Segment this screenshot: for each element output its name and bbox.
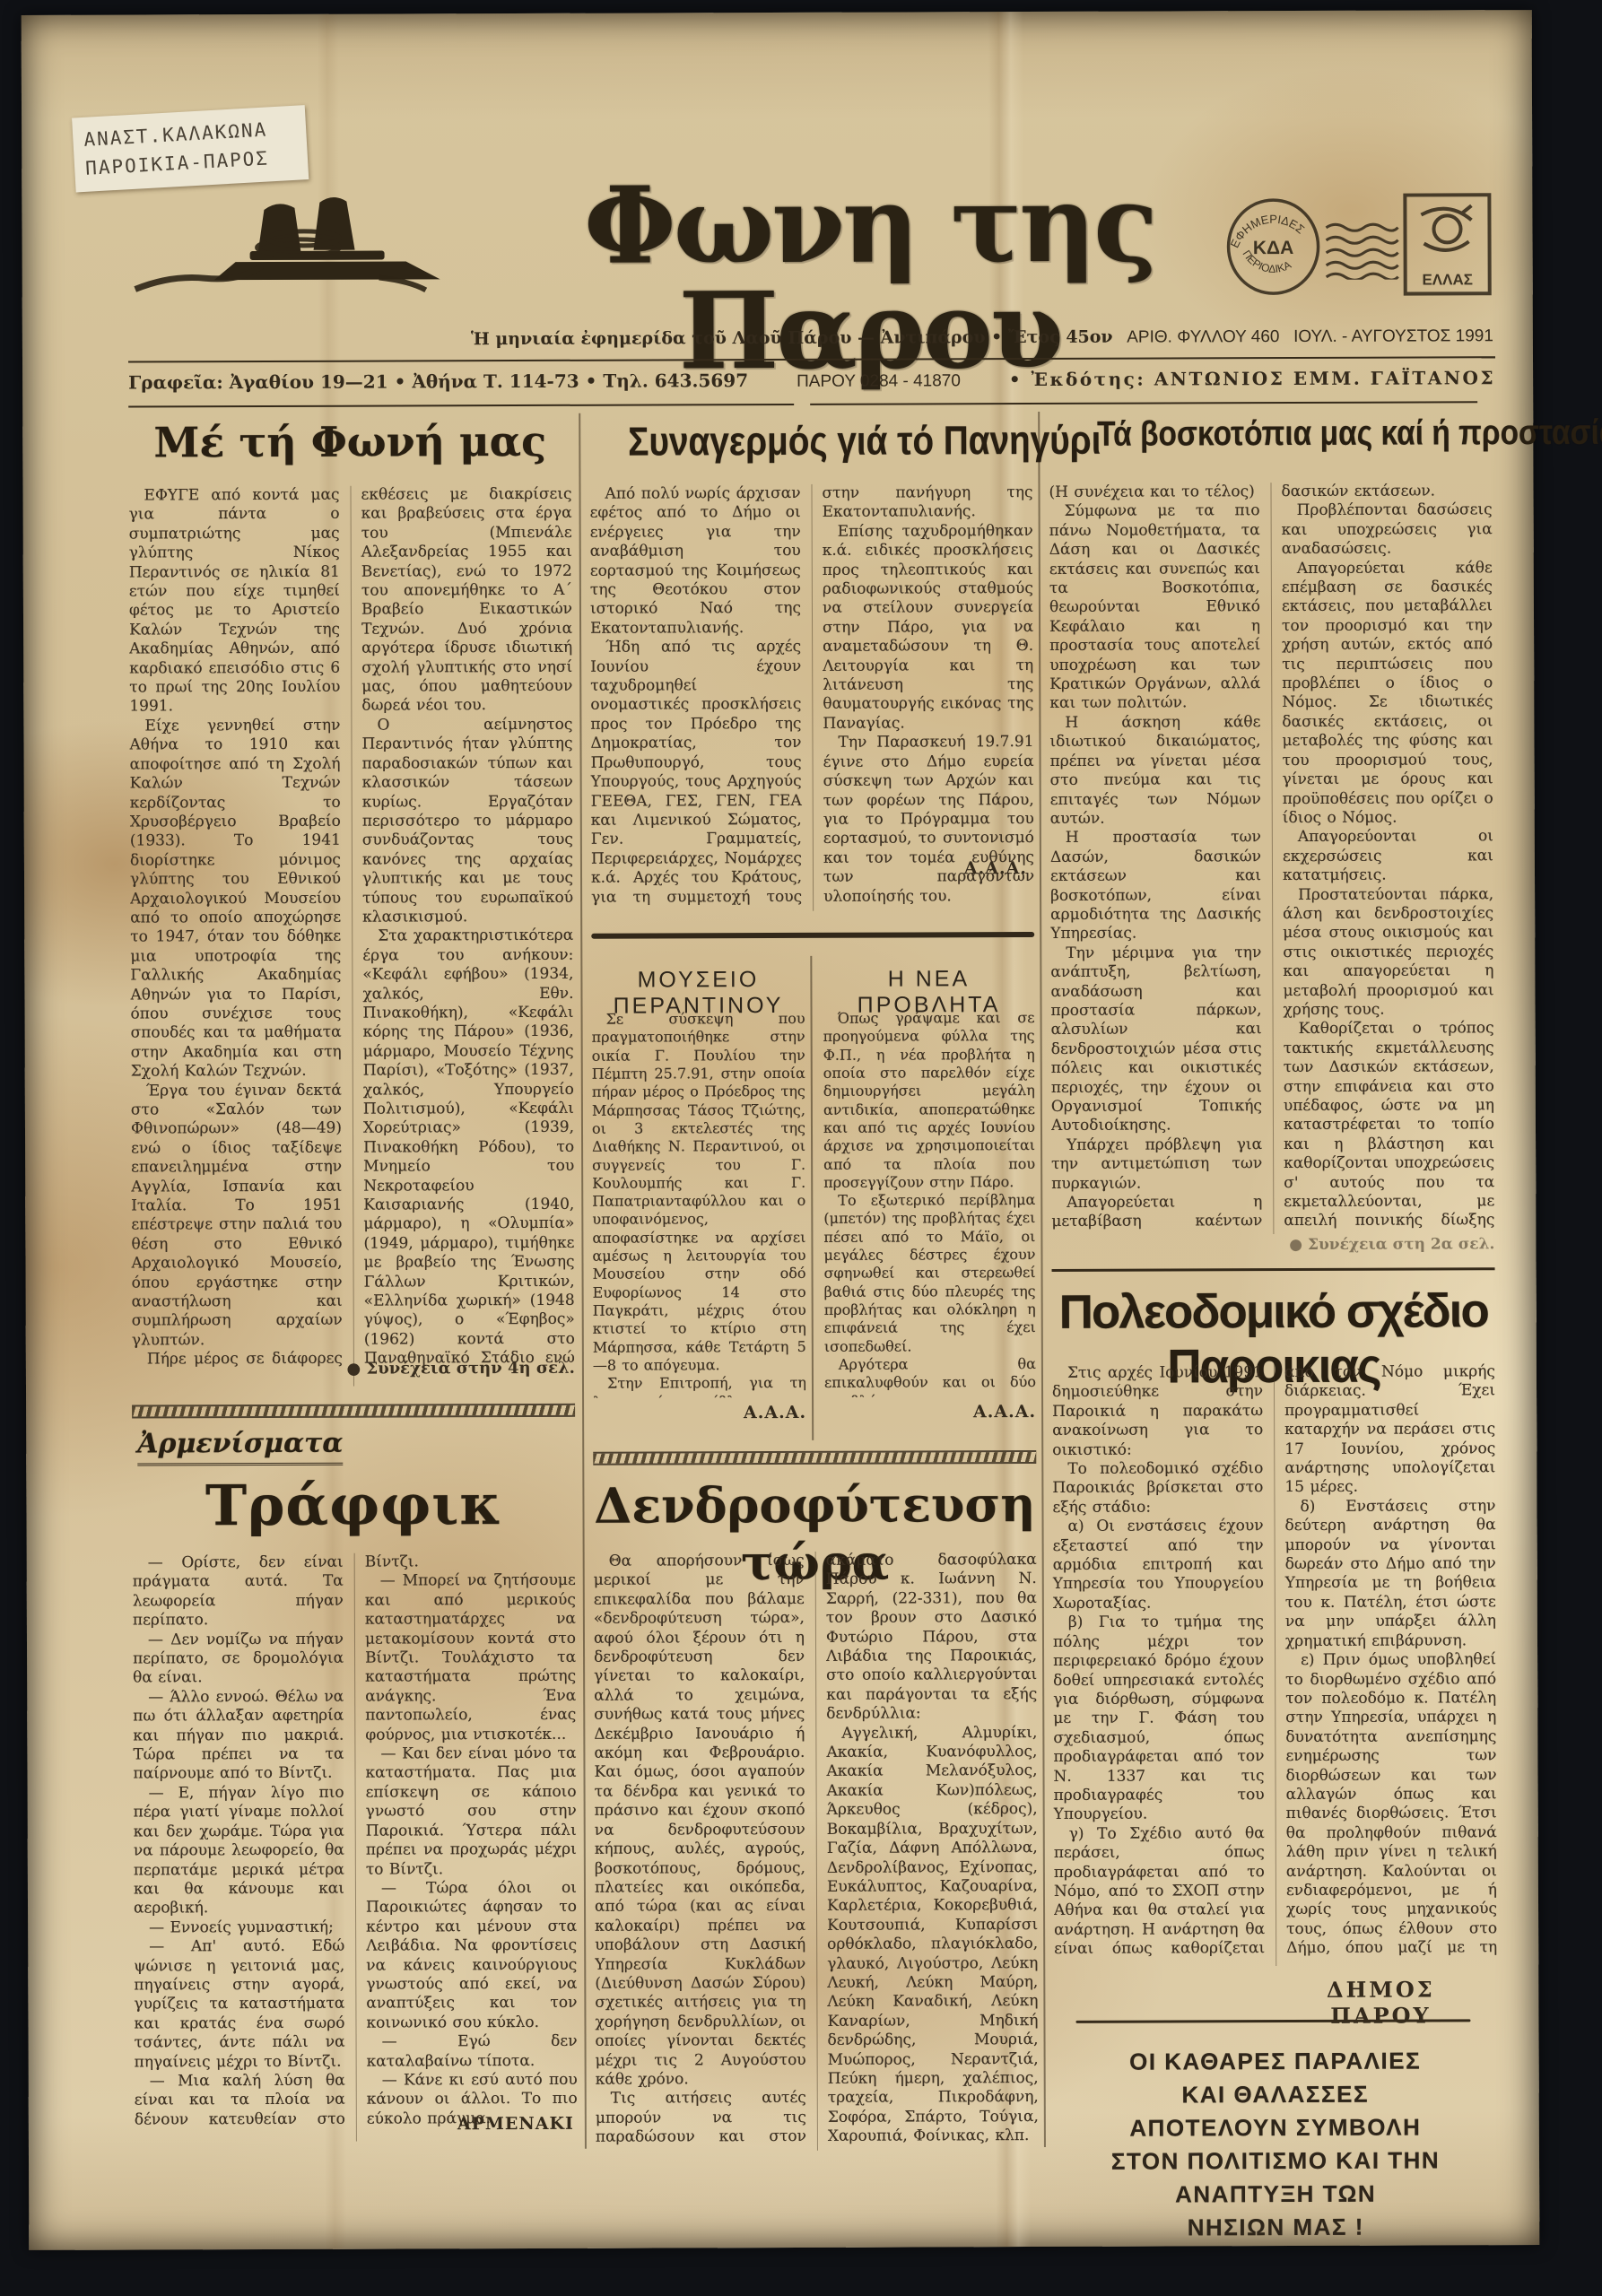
- article-voskotopia-body: (Η συνέχεια και το τέλος) Σύμφωνα με τα …: [1049, 482, 1494, 1235]
- masthead-subtitle-row: Ἡ μηνιαία ἐφημερίδα τοῦ Λαοῦ Πάρου — Ἀντ…: [471, 326, 1493, 350]
- offices-address: Γραφεῖα: Ἀγαθίου 19—21 • Ἀθήνα Τ. 114-73…: [128, 370, 748, 393]
- mooring-bollard-illustration: [127, 195, 495, 303]
- postal-cancellation-oval-stamp: ΕΦΗΜΕΡΙΔΕΣ ΚΔΑ ΠΕΡΙΟΔΙΚΑ: [1223, 197, 1322, 296]
- armenismata-kicker: Ἀρμενίσματα: [137, 1428, 343, 1466]
- ownership-address-stamp: ΑΝΑΣΤ.ΚΑΛΑΚΩΝΑ ΠΑΡΟΙΚΙΑ-ΠΑΡΟΣ: [72, 105, 309, 192]
- post-horn-icon: [1421, 205, 1471, 250]
- right-section-rule: [1052, 1267, 1495, 1272]
- article-dendro-body: Θα απορήσουν ίσως μερικοί με την επικεφα…: [594, 1551, 1039, 2152]
- column-divider-left: [579, 413, 587, 2149]
- decorative-rope-rule-middle: [593, 1450, 1036, 1465]
- newspaper-title: Φωνη της Παρου: [475, 170, 1265, 385]
- article-fonimas-continuation: ● Συνέχεια στην 4η σελ.: [345, 1359, 575, 1378]
- publisher: • Ἐκδότης: ΑΝΤΩΝΙΟΣ ΕΜΜ. ΓΑΪΤΑΝΟΣ: [1009, 367, 1495, 390]
- section-thick-rule: [591, 932, 1034, 939]
- article-voskotopia-continuation: ● Συνέχεια στη 2α σελ.: [1277, 1235, 1494, 1254]
- square-stamp-label: ΕΛΛΑΣ: [1422, 271, 1473, 288]
- article-panigiri-body: Από πολύ νωρίς άρχισαν εφέτος από το Δήμ…: [589, 483, 1034, 912]
- column-divider-right: [1038, 412, 1046, 2147]
- article-traffik-headline: Τράφφικ: [132, 1472, 575, 1539]
- screenshot-root: { "colors":{"background":"#0f1115","pape…: [0, 0, 1602, 2296]
- newspaper-front-page: ΑΝΑΣΤ.ΚΑΛΑΚΩΝΑ ΠΑΡΟΙΚΙΑ-ΠΑΡΟΣ Φωνη της Π…: [22, 10, 1540, 2250]
- decorative-rope-rule-left: [132, 1404, 575, 1419]
- wavy-cancellation-lines: [1324, 222, 1399, 280]
- post-horn-stamp: ΕΛΛΑΣ: [1401, 191, 1493, 297]
- article-fonimas-body: ΕΦΥΓΕ από κοντά μας για πάντα ο συμπατρι…: [128, 485, 575, 1387]
- article-traffik-body: — Ορίστε, δεν είναι πράγματα αυτά. Τα λε…: [133, 1552, 578, 2143]
- article-poleodomiko-body: Στις αρχές Ιουνίου 1991 δημοσιεύθηκε στη…: [1052, 1362, 1497, 1967]
- masthead-rule-bottom-left: [128, 404, 794, 408]
- article-mouseio-signature: Α.Α.Α.: [654, 1403, 806, 1423]
- issue-date: ΙΟΥΛ. - ΑΥΓΟΥΣΤΟΣ 1991: [1293, 326, 1493, 347]
- article-provlita-body: Όπως γράψαμε και σε προηγούμενα φύλλα τη…: [823, 1009, 1037, 1397]
- issue-number: ΑΡΙΘ. ΦΥΛΛΟΥ 460: [1127, 327, 1279, 348]
- article-provlita-signature: Α.Α.Α.: [882, 1402, 1036, 1422]
- article-panigiri-signature: Α.Α.Α.: [873, 858, 1027, 879]
- oval-stamp-center-text: ΚΔΑ: [1253, 238, 1294, 258]
- masthead-subtitle: Ἡ μηνιαία ἐφημερίδα τοῦ Λαοῦ Πάρου — Ἀντ…: [471, 327, 1113, 349]
- masthead-rule-bottom-right: [810, 401, 1477, 405]
- article-panigiri-headline-text: Συναγερμός γιά τό Πανηγύρι: [628, 417, 1101, 465]
- article-panigiri-headline: Συναγερμός γιά τό Πανηγύρι: [589, 417, 1032, 465]
- mid-half-divider: [810, 956, 814, 1440]
- masthead-address-row: Γραφεῖα: Ἀγαθίου 19—21 • Ἀθήνα Τ. 114-73…: [128, 367, 1495, 394]
- paros-phone: ΠΑΡΟΥ 0284 - 41870: [797, 371, 961, 392]
- article-mouseio-body: Σε σύσκεψη που πραγματοποιήθηκε στην οικ…: [592, 1010, 807, 1398]
- article-voskotopia-headline-text: Τά βοσκοτόπια μας καί ή προστασία τους: [1097, 413, 1602, 454]
- article-fonimas-headline: Μέ τή Φωνή μας: [128, 417, 571, 467]
- article-voskotopia-headline: Τά βοσκοτόπια μας καί ή προστασία τους: [1049, 413, 1492, 455]
- article-traffik-signature: ΑΡΜΕΝΑΚΙ: [380, 2114, 574, 2135]
- clean-beaches-slogan: ΟΙ ΚΑΘΑΡΕΣ ΠΑΡΑΛΙΕΣ ΚΑΙ ΘΑΛΑΣΣΕΣ ΑΠΟΤΕΛΟ…: [1060, 2044, 1492, 2244]
